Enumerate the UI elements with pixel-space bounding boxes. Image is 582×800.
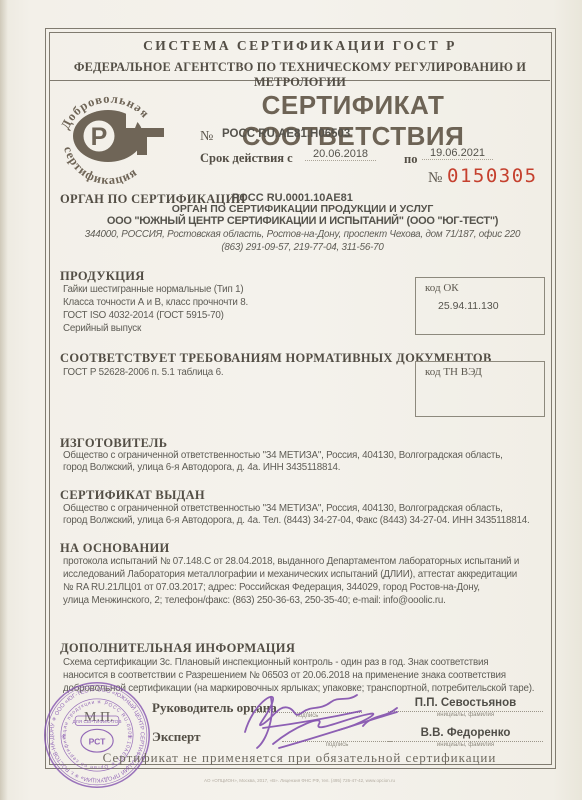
code-tnved-label: код ТН ВЭД [416, 362, 544, 378]
organ-line-1: ОРГАН ПО СЕРТИФИКАЦИИ ПРОДУКЦИИ И УСЛУГ [60, 203, 545, 215]
svg-text:✳: ✳ [127, 733, 133, 741]
expert-role-label: Эксперт [152, 729, 200, 745]
form-number: 0150305 [447, 165, 538, 187]
code-tnved-box: код ТН ВЭД [415, 361, 545, 417]
stamp-center-mark: РСТ [89, 737, 106, 747]
printer-line: АО «ОПЦИОН», Москва, 2017, «В». Лицензия… [45, 778, 554, 783]
stamp-center-label: ДЛЯ СЕРТИФИКАТОВ [72, 719, 121, 725]
product-line-4: Серийный выпуск [63, 323, 141, 334]
footer-note: Сертификат не применяется при обязательн… [45, 750, 554, 766]
valid-to-label: по [404, 152, 417, 167]
issued-line-2: город Волжский, улица 6-я Автодорога, д.… [63, 515, 530, 526]
system-line: СИСТЕМА СЕРТИФИКАЦИИ ГОСТ Р [50, 38, 550, 54]
organ-line-3: 344000, РОССИЯ, Ростовская область, Рост… [60, 229, 545, 240]
expert-name-caption: инициалы, фамилия [388, 742, 543, 748]
basis-line-1: протокола испытаний № 07.148.С от 28.04.… [63, 556, 519, 567]
head-name: П.П. Севостьянов [388, 697, 543, 712]
basis-line-4: улица Менжинского, 2; телефон/факс: (863… [63, 595, 446, 606]
certificate-page: СИСТЕМА СЕРТИФИКАЦИИ ГОСТ Р ФЕДЕРАЛЬНОЕ … [0, 0, 582, 800]
expert-name-block: В.В. Федоренко инициалы, фамилия [388, 727, 543, 748]
validity-label: Срок действия с [200, 151, 293, 166]
svg-text:✳: ✳ [61, 733, 67, 741]
form-numero-sign: № [428, 170, 442, 187]
product-line-2: Класса точности А и В, класс прочночти 8… [63, 297, 248, 308]
code-ok-box: код ОК 25.94.11.130 [415, 277, 545, 335]
logo-mark: Р [73, 110, 164, 162]
cert-number: РОСС RU.AE81.H06503 [222, 128, 350, 140]
code-ok-label: код ОК [416, 278, 544, 294]
product-line-3: ГОСТ ISO 4032-2014 (ГОСТ 5915-70) [63, 310, 224, 321]
compliance-line: ГОСТ Р 52628-2006 п. 5.1 таблица 6. [63, 367, 223, 378]
section-issued-heading: СЕРТИФИКАТ ВЫДАН [60, 488, 205, 503]
section-basis-heading: НА ОСНОВАНИИ [60, 541, 170, 556]
manufacturer-line-1: Общество с ограниченной ответственностью… [63, 450, 503, 461]
svg-text:Р: Р [91, 123, 108, 151]
rst-logo: Добровольная сертификация Р [50, 86, 168, 184]
organ-line-2: ООО "ЮЖНЫЙ ЦЕНТР СЕРТИФИКАЦИИ И ИСПЫТАНИ… [60, 215, 545, 227]
basis-line-3: № RA RU.21ЛЦ01 от 07.03.2017; адрес: Рос… [63, 582, 480, 593]
head-name-caption: инициалы, фамилия [388, 712, 543, 718]
expert-signature [265, 700, 405, 752]
section-product-heading: ПРОДУКЦИЯ [60, 269, 145, 284]
head-name-block: П.П. Севостьянов инициалы, фамилия [388, 697, 543, 718]
additional-line-1: Схема сертификации 3с. Плановый инспекци… [63, 657, 488, 668]
manufacturer-line-2: город Волжский, улица 6-я Автодорога, д.… [63, 462, 340, 473]
issued-line-1: Общество с ограниченной ответственностью… [63, 503, 503, 514]
expert-name: В.В. Федоренко [388, 727, 543, 742]
organ-line-4: (863) 291-09-57, 219-77-04, 311-56-70 [60, 242, 545, 253]
valid-from-date: 20.06.2018 [305, 148, 376, 161]
basis-line-2: исследований Лаборатория металлографии и… [63, 569, 517, 580]
numero-sign: № [200, 129, 213, 145]
code-ok-value: 25.94.11.130 [416, 294, 544, 312]
section-manufacturer-heading: ИЗГОТОВИТЕЛЬ [60, 436, 167, 451]
section-additional-heading: ДОПОЛНИТЕЛЬНАЯ ИНФОРМАЦИЯ [60, 641, 295, 656]
stamp: ООО «ЮЖНЫЙ ЦЕНТР СЕРТИФИКАЦИИ ПРОДУКЦИИ»… [40, 678, 154, 792]
page-title: СЕРТИФИКАТ СООТВЕТСТВИЯ [158, 90, 548, 152]
valid-to-date: 19.06.2021 [422, 147, 493, 160]
product-line-1: Гайки шестигранные нормальные (Тип 1) [63, 284, 243, 295]
